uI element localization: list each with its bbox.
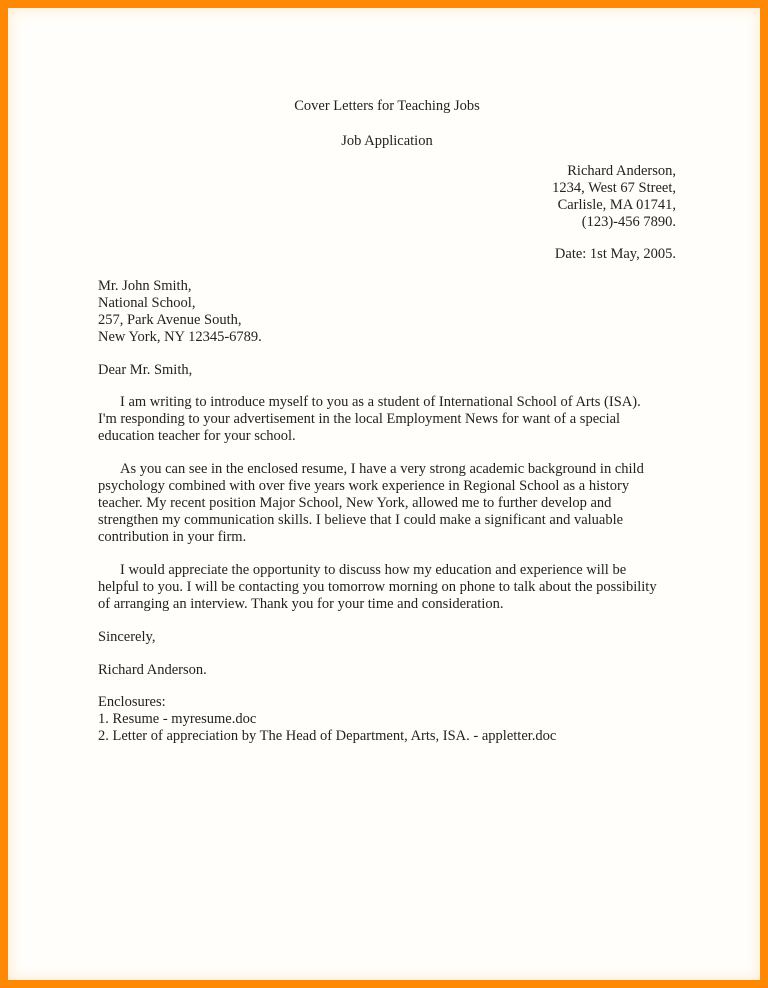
date-line: Date: 1st May, 2005. <box>98 246 676 263</box>
enclosures-heading: Enclosures: <box>98 694 676 711</box>
enclosure-item-2: 2. Letter of appreciation by The Head of… <box>98 728 676 745</box>
closing-line: Sincerely, <box>98 629 676 646</box>
body-paragraph-1: I am writing to introduce myself to you … <box>98 394 676 445</box>
salutation: Dear Mr. Smith, <box>98 362 676 379</box>
letter-title: Cover Letters for Teaching Jobs <box>98 98 676 115</box>
letter-page: Cover Letters for Teaching Jobs Job Appl… <box>0 0 768 988</box>
body-paragraph-3: I would appreciate the opportunity to di… <box>98 562 676 613</box>
body-paragraph-2: As you can see in the enclosed resume, I… <box>98 461 676 546</box>
recipient-address-block: Mr. John Smith, National School, 257, Pa… <box>98 278 676 346</box>
sender-address-block: Richard Anderson, 1234, West 67 Street, … <box>98 163 676 231</box>
signature-name: Richard Anderson. <box>98 662 676 679</box>
letter-subtitle: Job Application <box>98 133 676 150</box>
enclosure-item-1: 1. Resume - myresume.doc <box>98 711 676 728</box>
letter-content: Cover Letters for Teaching Jobs Job Appl… <box>8 8 760 980</box>
